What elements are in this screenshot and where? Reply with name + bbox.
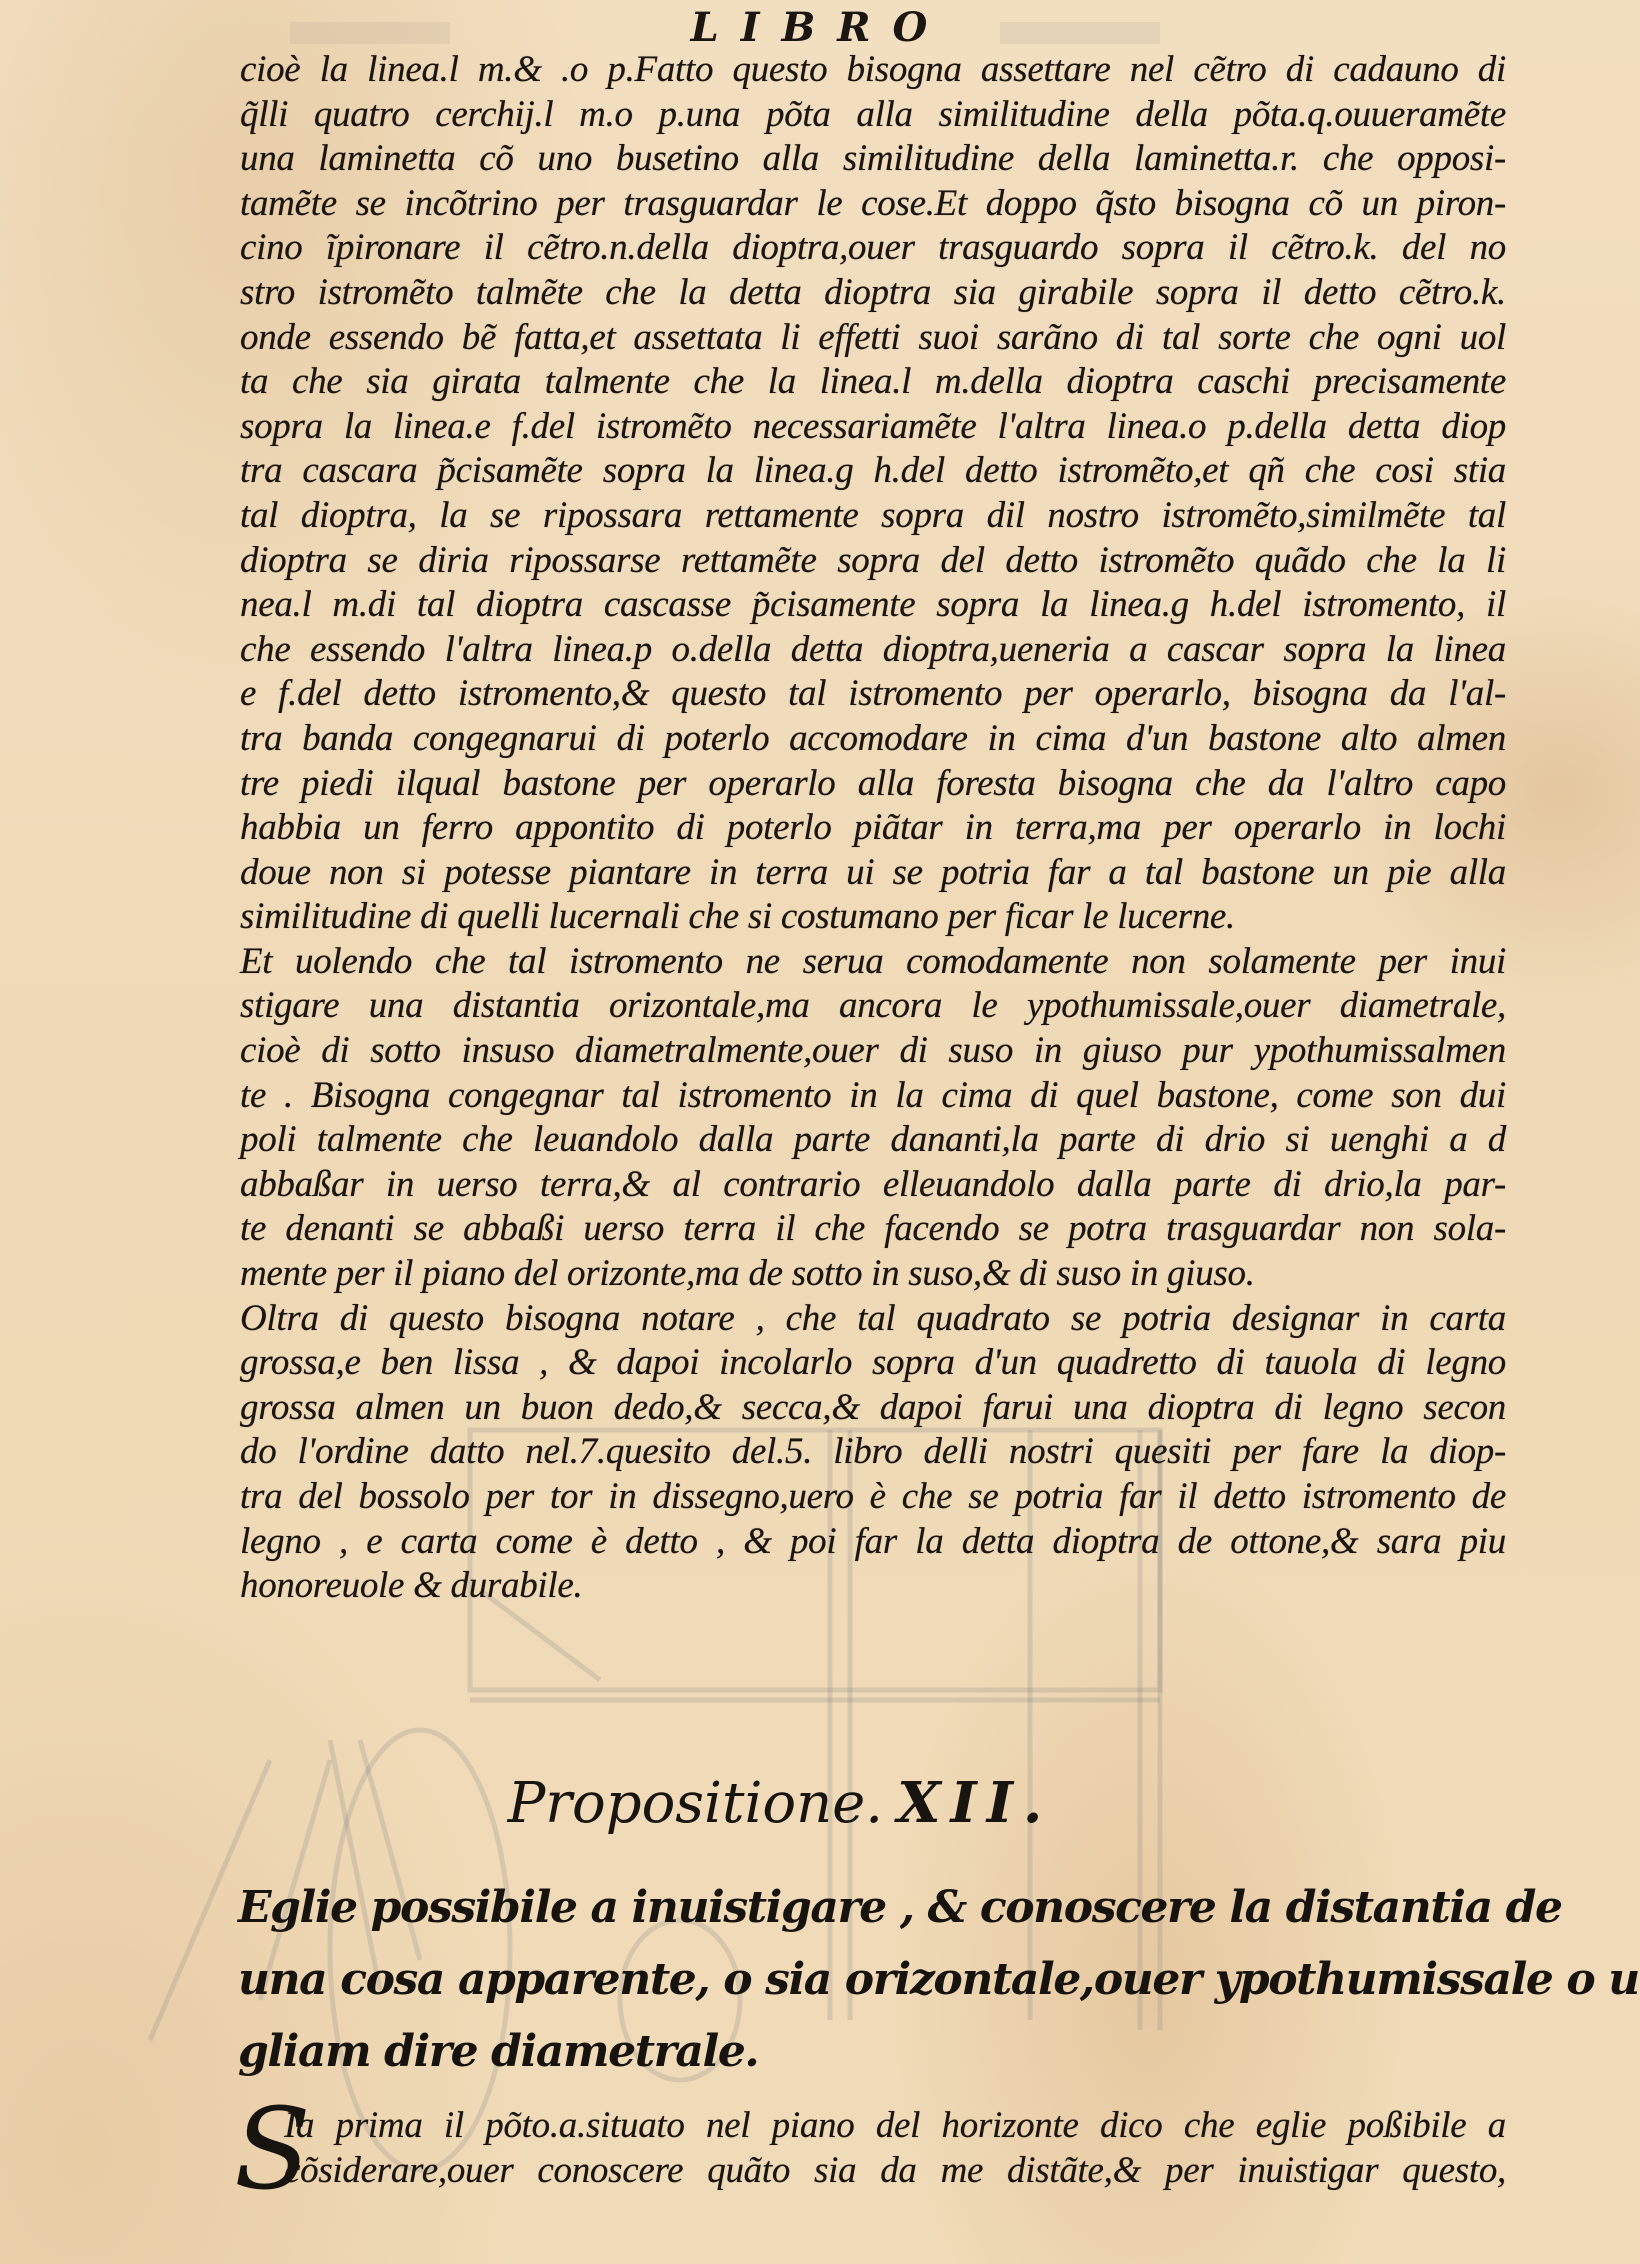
text-line: mente per il piano del orizonte,ma de so… (240, 1252, 1506, 1297)
text-line: onde essendo bẽ fatta,et assettata li ef… (240, 316, 1506, 361)
text-line: tamẽte se incõtrino per trasguardar le c… (240, 182, 1506, 227)
text-line: cino ĩpironare il cẽtro.n.della dioptra,… (240, 226, 1506, 271)
text-line: poli talmente che leuandolo dalla parte … (240, 1118, 1506, 1163)
main-text: cioè la linea.l m.& .o p.Fatto questo bi… (240, 48, 1506, 1609)
text-line: cõsiderare,ouer conoscere quãto sia da m… (240, 2149, 1506, 2194)
text-line: grossa almen un buon dedo,& secca,& dapo… (240, 1386, 1506, 1431)
text-line: cioè la linea.l m.& .o p.Fatto questo bi… (240, 48, 1506, 93)
text-line: habbia un ferro appontito di poterlo piã… (240, 806, 1506, 851)
proposition-heading: Propositione.XII. (0, 1770, 1640, 1836)
text-line: una laminetta cõ uno busetino alla simil… (240, 137, 1506, 182)
enunciation-line: gliam dire diametrale. (238, 2016, 1508, 2088)
text-line: ta che sia girata talmente che la linea.… (240, 360, 1506, 405)
text-line: tal dioptra, la se ripossara rettamente … (240, 494, 1506, 539)
text-line: grossa,e ben lissa , & dapoi incolarlo s… (240, 1341, 1506, 1386)
text-line: sopra la linea.e f.del istromẽto necessa… (240, 405, 1506, 450)
text-line: e f.del detto istromento,& questo tal is… (240, 672, 1506, 717)
text-line: nea.l m.di tal dioptra cascasse p̃cisame… (240, 583, 1506, 628)
text-line: legno , e carta come è detto , & poi far… (240, 1520, 1506, 1565)
running-head: LIBRO (0, 4, 1640, 51)
proposition-body: S Ia prima il põto.a.situato nel piano d… (240, 2104, 1506, 2193)
text-line: te . Bisogna congegnar tal istromento in… (240, 1074, 1506, 1119)
proposition-numeral: XII. (897, 1770, 1052, 1836)
text-line: che essendo l'altra linea.p o.della dett… (240, 628, 1506, 673)
text-line: tra cascara p̃cisamẽte sopra la linea.g … (240, 449, 1506, 494)
enunciation-line: una cosa apparente, o sia orizontale,oue… (238, 1944, 1508, 2016)
proposition-label: Propositione. (508, 1771, 884, 1836)
text-line: doue non si potesse piantare in terra ui… (240, 851, 1506, 896)
text-line: Et uolendo che tal istromento ne serua c… (240, 940, 1506, 985)
drop-cap: S (234, 2100, 311, 2200)
text-line: Ia prima il põto.a.situato nel piano del… (240, 2104, 1506, 2149)
text-line: abbaßar in uerso terra,& al contrario el… (240, 1163, 1506, 1208)
text-line: Oltra di questo bisogna notare , che tal… (240, 1297, 1506, 1342)
text-line: stigare una distantia orizontale,ma anco… (240, 984, 1506, 1029)
text-line: tra banda congegnarui di poterlo accomod… (240, 717, 1506, 762)
text-line: similitudine di quelli lucernali che si … (240, 895, 1506, 940)
text-line: tra del bossolo per tor in dissegno,uero… (240, 1475, 1506, 1520)
proposition-title: Propositione.XII. (508, 1770, 1053, 1836)
enunciation-line: Eglie possibile a inuistigare , & conosc… (238, 1872, 1508, 1944)
text-line: stro istromẽto talmẽte che la detta diop… (240, 271, 1506, 316)
text-line: do l'ordine datto nel.7.quesito del.5. l… (240, 1430, 1506, 1475)
text-line: te denanti se abbaßi uerso terra il che … (240, 1207, 1506, 1252)
proposition-enunciation: Eglie possibile a inuistigare , & conosc… (238, 1872, 1508, 2088)
text-line: tre piedi ilqual bastone per operarlo al… (240, 762, 1506, 807)
text-line: honoreuole & durabile. (240, 1564, 1506, 1609)
book-page: LIBRO cioè la linea.l m.& .o p.Fatto que… (0, 0, 1640, 2264)
text-line: dioptra se diria ripossarse rettamẽte so… (240, 539, 1506, 584)
text-line: q̃lli quatro cerchij.l m.o p.una põta al… (240, 93, 1506, 138)
text-line: cioè di sotto insuso diametralmente,ouer… (240, 1029, 1506, 1074)
